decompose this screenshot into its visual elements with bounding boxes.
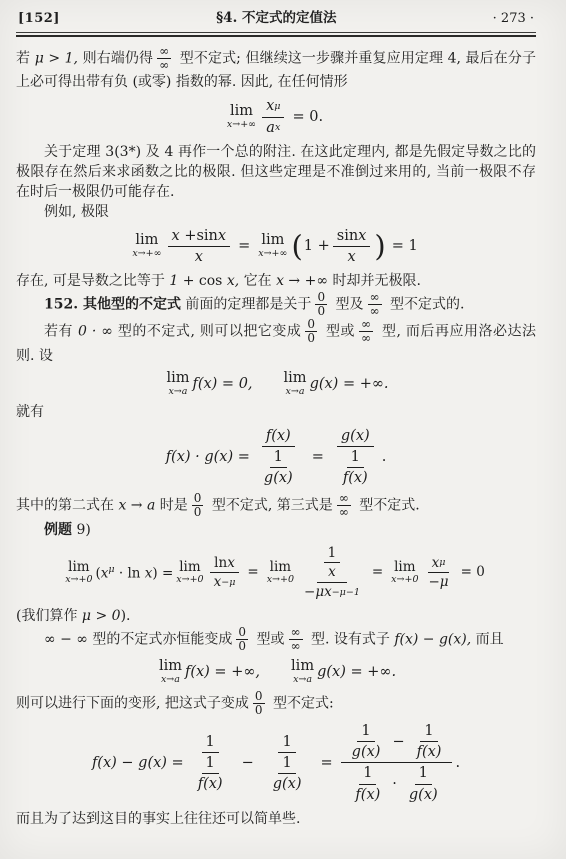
- paragraph-transform-below: 则可以进行下面的变形, 把这式子变成00 型不定式:: [16, 690, 536, 717]
- limit-operator: limx→+0: [176, 560, 203, 585]
- nested-fraction: 1g(x): [260, 448, 297, 487]
- right-paren: ): [374, 234, 385, 259]
- inline-fraction-zero-over-zero: 00: [305, 318, 317, 345]
- math-run: x → +∞: [276, 273, 328, 289]
- limit-operator: limx→+∞: [227, 104, 256, 130]
- inline-fraction-zero-over-zero: 00: [192, 492, 204, 519]
- text-run: 则右端仍得: [78, 51, 153, 67]
- left-paren: (: [291, 234, 302, 259]
- text-run: 存在, 可是导数之比等于: [16, 273, 169, 289]
- equals-zero: = 0.: [292, 108, 323, 126]
- inline-fraction-inf-over-inf: ∞∞: [368, 291, 382, 318]
- limit-expression: g(x) = +∞.: [310, 375, 389, 393]
- formula-lhs: f(x) · g(x) =: [166, 448, 250, 466]
- nested-fraction: 1f(x): [413, 722, 446, 761]
- formula-product-transform: f(x) · g(x) = f(x) 1g(x) = g(x) 1f(x) .: [16, 427, 536, 487]
- paragraph-zero-times-inf: 若有 0 · ∞ 型的不定式, 则可以把它变成00 型或∞∞ 型, 而后再应用洛…: [16, 318, 536, 365]
- fraction: g(x) 1f(x): [332, 427, 379, 487]
- text-run: 型或: [252, 632, 284, 648]
- period: .: [382, 448, 387, 466]
- inline-fraction-zero-over-zero: 00: [253, 690, 265, 717]
- text-run: ).: [121, 608, 131, 624]
- fraction: sin x x: [333, 227, 371, 266]
- example-number: 9): [72, 522, 91, 538]
- limit-operator: limx→+0: [267, 560, 294, 585]
- text-run: 则可以进行下面的变形, 把这式子变成: [16, 695, 249, 711]
- equals-one: = 1: [392, 237, 418, 255]
- formula-lim-f-0-lim-g-inf: limx→a f(x) = 0, limx→a g(x) = +∞.: [16, 371, 536, 397]
- page-number: · 273 ·: [493, 9, 534, 29]
- equals-sign: =: [312, 448, 324, 466]
- equals-sign: =: [372, 564, 383, 581]
- text-run: 型或: [321, 324, 355, 340]
- equals-sign: =: [238, 237, 250, 255]
- text-run: 型. 设有式子: [307, 632, 395, 648]
- limit-operator: limx→a: [284, 371, 307, 397]
- paragraph-derivative-ratio: 存在, 可是导数之比等于 1 + cos x, 它在 x → +∞ 时却并无极限…: [16, 271, 536, 291]
- text-run: 关于定理 3(3*) 及 4 再作一个总的附注. 在这此定理内, 都是先假定导数…: [16, 144, 536, 200]
- paragraph-we-assume-mu: (我们算作 μ > 0).: [16, 606, 536, 626]
- text-run: 型不定式的.: [386, 297, 465, 313]
- page-header: [152] §4. 不定式的定值法 · 273 ·: [16, 8, 536, 29]
- book-page: [152] §4. 不定式的定值法 · 273 · 若 μ > 1, 则右端仍得…: [0, 0, 566, 859]
- text-run: 它在: [239, 273, 276, 289]
- section-ref: [152]: [18, 9, 60, 29]
- paragraph-inf-minus-inf: ∞ − ∞ 型的不定式亦恒能变成00 型或∞∞ 型. 设有式子 f(x) − g…: [16, 626, 536, 653]
- cdot-sign: ·: [392, 775, 397, 793]
- fraction: 1 1g(x): [262, 733, 313, 793]
- text-run: 例如, 极限: [44, 204, 109, 220]
- formula-difference-transform: f(x) − g(x) = 1 1f(x) − 1 1g(x) = 1g(x) …: [16, 722, 536, 804]
- text-run: 型及: [331, 297, 363, 313]
- formula-example-9: limx→+0 (xμ · ln x) = limx→+0 ln x x−μ =…: [16, 545, 536, 602]
- paragraph-then-we-have: 就有: [16, 402, 536, 422]
- inline-fraction-inf-over-inf: ∞∞: [289, 626, 303, 653]
- fraction: x + sin x x: [168, 227, 231, 266]
- paragraph-remark-theorems: 关于定理 3(3*) 及 4 再作一个总的附注. 在这此定理内, 都是先假定导数…: [16, 142, 536, 202]
- inline-fraction-zero-over-zero: 00: [315, 291, 327, 318]
- math-run: 1 +: [169, 273, 199, 289]
- fraction: 1x −μx−μ−1: [300, 545, 364, 602]
- inline-fraction-inf-over-inf: ∞∞: [359, 318, 373, 345]
- nested-fraction: 1g(x): [405, 764, 442, 803]
- text-run: 型的不定式亦恒能变成: [88, 632, 232, 648]
- math-run: x,: [222, 273, 239, 289]
- fraction: xμ ax: [262, 97, 284, 136]
- math-run: ∞ − ∞: [44, 632, 88, 648]
- nested-fraction: 1g(x): [348, 722, 385, 761]
- nested-fraction: 1f(x): [194, 754, 227, 793]
- math-run: μ > 0: [82, 608, 121, 624]
- limit-operator: limx→+∞: [258, 233, 287, 259]
- text-run: 型不定式.: [355, 498, 420, 514]
- text-run: 型不定式, 第三式是: [207, 498, 332, 514]
- limit-expression: g(x) = +∞.: [317, 663, 396, 681]
- fraction: f(x) 1g(x): [253, 427, 304, 487]
- limit-expression: f(x) = +∞,: [185, 663, 260, 681]
- paragraph-for-example: 例如, 极限: [16, 202, 536, 222]
- limit-operator: limx→+0: [391, 560, 418, 585]
- formula-lim-f-inf-lim-g-inf: limx→a f(x) = +∞, limx→a g(x) = +∞.: [16, 659, 536, 685]
- limit-operator: limx→a: [166, 371, 189, 397]
- math-run: f(x) − g(x),: [394, 632, 471, 648]
- equals-sign: =: [321, 754, 333, 772]
- inline-fraction-inf-over-inf: ∞∞: [337, 492, 351, 519]
- fraction: 1 1f(x): [187, 733, 234, 793]
- limit-operator: limx→a: [159, 659, 182, 685]
- fraction: xμ −μ: [425, 555, 453, 592]
- math-run: 0 · ∞: [78, 324, 113, 340]
- math-run: x → a: [118, 498, 155, 514]
- limit-operator: limx→a: [291, 659, 314, 685]
- equals-sign: =: [247, 564, 258, 581]
- formula-lhs: f(x) − g(x) =: [92, 754, 184, 772]
- period: .: [455, 754, 460, 772]
- text-run: 而且: [471, 632, 503, 648]
- equals-zero: = 0: [461, 564, 485, 581]
- nested-fraction: 1f(x): [339, 448, 372, 487]
- big-fraction: 1g(x) − 1f(x) 1f(x) · 1g(x): [341, 722, 453, 804]
- minus-sign: −: [242, 754, 254, 772]
- text-run: 若: [16, 51, 35, 67]
- inline-fraction-zero-over-zero: 00: [236, 626, 248, 653]
- math-run: μ > 1,: [35, 51, 78, 67]
- limit-operator: limx→+0: [65, 560, 92, 585]
- fraction: ln x x−μ: [210, 555, 240, 592]
- header-rule-thick: [16, 35, 536, 37]
- text-run: 就有: [16, 404, 44, 420]
- inline-fraction-inf-over-inf: ∞∞: [157, 45, 171, 72]
- paragraph-second-third-form: 其中的第二式在 x → a 时是00 型不定式, 第三式是∞∞ 型不定式.: [16, 492, 536, 519]
- text-run: 时却并无极限.: [328, 273, 421, 289]
- formula-lim-x-plus-sinx: limx→+∞ x + sin x x = limx→+∞ ( 1 + sin …: [16, 227, 536, 266]
- nested-fraction: 1f(x): [351, 764, 384, 803]
- chapter-title: §4. 不定式的定值法: [216, 8, 336, 28]
- text-run: 时是: [155, 498, 187, 514]
- one-plus: 1 +: [304, 237, 330, 255]
- text-run: 型的不定式, 则可以把它变成: [113, 324, 301, 340]
- section-152-heading: 152. 其他型的不定式 前面的定理都是关于00 型及∞∞ 型不定式的.: [16, 291, 536, 318]
- text-run: (我们算作: [16, 608, 82, 624]
- formula-lim-xmu-over-ax: limx→+∞ xμ ax = 0.: [16, 97, 536, 136]
- text-run: 而且为了达到这目的事实上往往还可以简单些.: [16, 811, 300, 827]
- example-heading: 例题 9): [16, 520, 536, 540]
- example-label: 例题: [44, 522, 72, 538]
- text-run: 前面的定理都是关于: [181, 297, 311, 313]
- paragraph-mu-gt-1: 若 μ > 1, 则右端仍得∞∞ 型不定式; 但继续这一步骤并重复应用定理 4,…: [16, 45, 536, 92]
- minus-sign: −: [392, 733, 404, 751]
- text-run: 其中的第二式在: [16, 498, 118, 514]
- text-run: 型不定式:: [269, 695, 334, 711]
- nested-fraction: 1x: [324, 545, 341, 582]
- limit-operator: limx→+∞: [132, 233, 161, 259]
- header-rule-thin: [16, 32, 536, 33]
- section-title: 152. 其他型的不定式: [44, 297, 181, 313]
- cos-function: cos: [199, 273, 222, 289]
- text-run: 若有: [44, 324, 78, 340]
- limit-expression: f(x) = 0,: [192, 375, 252, 393]
- nested-fraction: 1g(x): [269, 754, 306, 793]
- paragraph-closing: 而且为了达到这目的事实上往往还可以简单些.: [16, 809, 536, 829]
